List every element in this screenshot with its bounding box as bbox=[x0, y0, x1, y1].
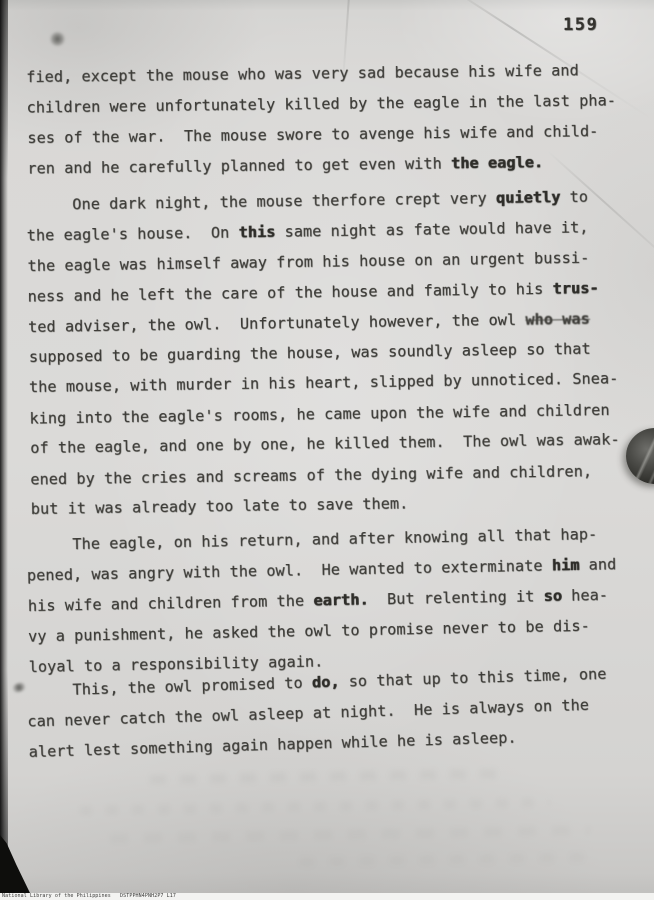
text-line: ren and he carefully planned to get even… bbox=[27, 146, 654, 184]
text-segment: to bbox=[560, 188, 588, 206]
text-segment: quietly bbox=[496, 188, 561, 207]
text-segment: ened by the cries and screams of the dyi… bbox=[30, 462, 592, 488]
paragraph: One dark night, the mouse therfore crept… bbox=[26, 181, 654, 525]
text-segment: This, the owl promised to bbox=[26, 674, 312, 700]
text-segment: so that up to this time, one bbox=[339, 665, 606, 691]
text-segment: him bbox=[552, 556, 580, 575]
text-segment: the eagle was himself away from his hous… bbox=[27, 248, 589, 274]
footer-watermark: National Library of the Philippines bbox=[2, 894, 111, 899]
scanned-page: 159 fied, except the mouse who was very … bbox=[0, 0, 654, 900]
text-segment: The eagle, on his return, and after know… bbox=[26, 525, 597, 554]
text-segment: fied, except the mouse who was very sad … bbox=[26, 61, 579, 86]
text-segment: ted adviser, the owl. Unfortunately howe… bbox=[28, 310, 526, 335]
text-segment: king into the eagle's rooms, he came upo… bbox=[29, 401, 609, 428]
footer-scan-code: DSTPPHN4PNH2P7 L17 bbox=[120, 894, 176, 899]
text-segment: earth. bbox=[313, 590, 369, 609]
scan-footer: National Library of the Philippines DSTP… bbox=[0, 893, 654, 900]
text-segment: so bbox=[543, 587, 562, 605]
text-segment: supposed to be guarding the house, was s… bbox=[29, 340, 591, 366]
paragraph: The eagle, on his return, and after know… bbox=[26, 518, 654, 682]
text-segment: and bbox=[579, 556, 616, 575]
text-segment: ren and he carefully planned to get even… bbox=[27, 155, 451, 178]
text-segment: this bbox=[238, 223, 275, 242]
text-segment: hea- bbox=[562, 586, 608, 605]
page-number: 159 bbox=[563, 15, 598, 35]
paragraph: This, the owl promised to do, so that up… bbox=[26, 657, 654, 767]
text-segment: One dark night, the mouse therfore crept… bbox=[26, 189, 496, 214]
text-segment: but it was already too late to save them… bbox=[31, 494, 409, 518]
text-segment: his wife and children from the bbox=[28, 591, 314, 614]
bleed-through-text bbox=[110, 826, 590, 843]
text-segment: the mouse, with murder in his heart, sli… bbox=[29, 370, 619, 397]
text-segment: ness and he left the care of the house a… bbox=[27, 280, 552, 306]
smudge-mark bbox=[11, 681, 27, 694]
bleed-through-text bbox=[150, 769, 510, 784]
text-segment: the eagle. bbox=[451, 154, 543, 173]
scan-edge-left bbox=[0, 0, 8, 893]
smudge-mark bbox=[50, 32, 65, 46]
text-segment: who was bbox=[525, 309, 590, 328]
text-segment: pened, was angry with the owl. He wanted… bbox=[27, 557, 552, 585]
text-segment: same night as fate would have it, bbox=[275, 219, 588, 242]
text-segment: vy a punishment, he asked the owl to pro… bbox=[28, 617, 590, 646]
text-segment: of the eagle, and one by one, he killed … bbox=[30, 430, 620, 457]
text-segment: the eagle's house. On bbox=[27, 224, 239, 245]
bleed-through-text bbox=[300, 852, 600, 866]
text-segment: children were unfortunately killed by th… bbox=[26, 92, 616, 117]
paragraph: fied, except the mouse who was very sad … bbox=[26, 54, 654, 183]
text-segment: But relenting it bbox=[368, 587, 543, 608]
text-segment: trus- bbox=[552, 279, 598, 298]
text-segment: ses of the war. The mouse swore to aveng… bbox=[27, 122, 598, 147]
scan-corner-bottom-left bbox=[0, 835, 30, 893]
text-segment: do, bbox=[312, 673, 340, 692]
bleed-through-text bbox=[80, 798, 550, 815]
